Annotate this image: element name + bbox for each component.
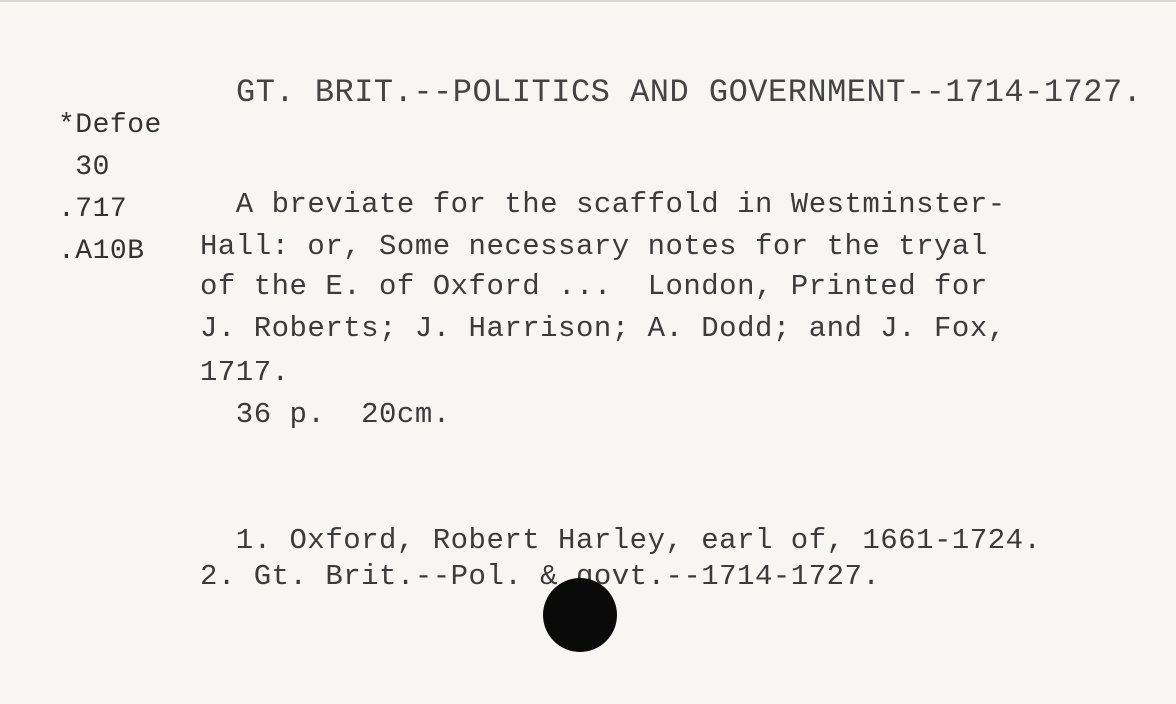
punch-hole — [543, 578, 617, 652]
tracing-line: 1. Oxford, Robert Harley, earl of, 1661-… — [200, 524, 1041, 557]
call-number-line: .717 — [58, 194, 127, 225]
call-number-line: *Defoe — [58, 110, 162, 141]
collation-line: 36 p. 20cm. — [200, 398, 451, 431]
tracing-line: 2. Gt. Brit.--Pol. & govt.--1714-1727. — [200, 560, 880, 593]
description-line: of the E. of Oxford ... London, Printed … — [200, 270, 988, 303]
description-line: 1717. — [200, 356, 290, 389]
catalog-card: GT. BRIT.--POLITICS AND GOVERNMENT--1714… — [0, 0, 1176, 704]
subject-heading: GT. BRIT.--POLITICS AND GOVERNMENT--1714… — [236, 74, 1142, 111]
call-number-line: .A10B — [58, 236, 145, 267]
description-line: Hall: or, Some necessary notes for the t… — [200, 230, 988, 263]
description-line: A breviate for the scaffold in Westminst… — [200, 188, 1006, 221]
description-line: J. Roberts; J. Harrison; A. Dodd; and J.… — [200, 312, 1006, 345]
call-number-line: 30 — [58, 152, 110, 183]
